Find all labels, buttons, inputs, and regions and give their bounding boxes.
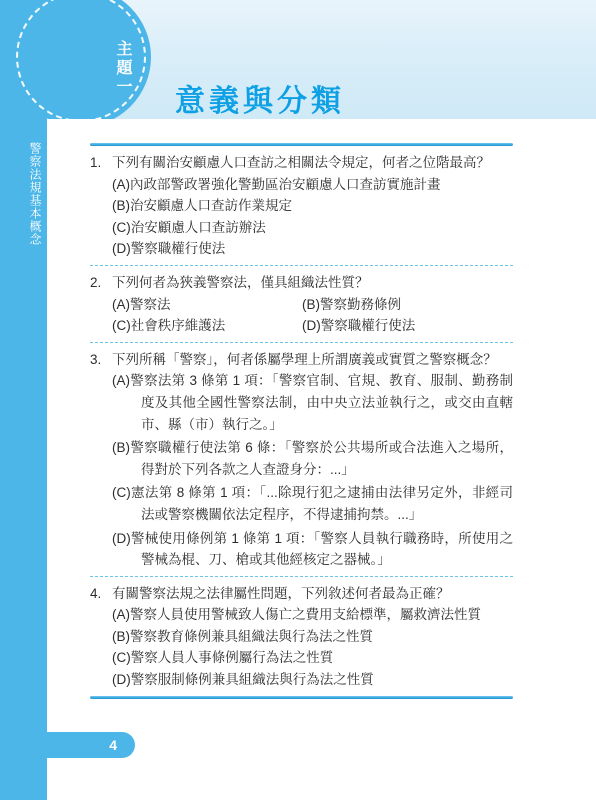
- book-page: 第一篇 警察法規基本概念 主題一 意義與分類 1. 下列有關治安顧慮人口查訪之相…: [0, 0, 596, 800]
- topic-badge-label: 主題一: [111, 40, 134, 97]
- question-4-option-b: (B)警察教育條例兼具組織法與行為法之性質: [112, 626, 513, 648]
- question-3-number: 3.: [90, 349, 112, 571]
- question-3-body: 下列所稱「警察」，何者係屬學理上所謂廣義或實質之警察概念？ (A)警察法第 3 …: [112, 349, 513, 571]
- chapter-subject-label: 警察法規基本概念: [27, 142, 44, 246]
- question-2: 2. 下列何者為狹義警察法，僅具組織法性質？ (A)警察法 (B)警察勤務條例 …: [90, 266, 513, 342]
- question-1-text: 下列有關治安顧慮人口查訪之相關法令規定，何者之位階最高？: [112, 152, 513, 174]
- question-4-option-c: (C)警察人員人事條例屬行為法之性質: [112, 647, 513, 669]
- page-title: 意義與分類: [175, 76, 345, 120]
- question-1-option-a: (A)內政部警政署強化警勤區治安顧慮人口查訪實施計畫: [112, 174, 513, 196]
- question-1: 1. 下列有關治安顧慮人口查訪之相關法令規定，何者之位階最高？ (A)內政部警政…: [90, 146, 513, 265]
- question-2-body: 下列何者為狹義警察法，僅具組織法性質？ (A)警察法 (B)警察勤務條例 (C)…: [112, 272, 513, 337]
- page-number: 4: [109, 737, 117, 753]
- question-4-number: 4.: [90, 583, 112, 691]
- question-list: 1. 下列有關治安顧慮人口查訪之相關法令規定，何者之位階最高？ (A)內政部警政…: [90, 143, 513, 699]
- question-2-number: 2.: [90, 272, 112, 337]
- question-1-body: 下列有關治安顧慮人口查訪之相關法令規定，何者之位階最高？ (A)內政部警政署強化…: [112, 152, 513, 260]
- question-1-option-b: (B)治安顧慮人口查訪作業規定: [112, 195, 513, 217]
- question-2-options: (A)警察法 (B)警察勤務條例 (C)社會秩序維護法 (D)警察職權行使法: [112, 294, 513, 337]
- page-number-tab: 4: [47, 732, 135, 758]
- question-4-body: 有關警察法規之法律屬性問題，下列敘述何者最為正確？ (A)警察人員使用警械致人傷…: [112, 583, 513, 691]
- question-4-text: 有關警察法規之法律屬性問題，下列敘述何者最為正確？: [112, 583, 513, 605]
- question-2-option-b: (B)警察勤務條例: [302, 294, 513, 316]
- question-3-option-b: (B)警察職權行使法第 6 條：「警察於公共場所或合法進入之場所，得對於下列各款…: [112, 437, 513, 480]
- question-2-option-c: (C)社會秩序維護法: [112, 315, 302, 337]
- question-2-option-a: (A)警察法: [112, 294, 302, 316]
- question-3-option-c: (C)憲法第 8 條第 1 項：「...除現行犯之逮捕由法律另定外，非經司法或警…: [112, 482, 513, 525]
- question-3-option-d: (D)警械使用條例第 1 條第 1 項：「警察人員執行職務時，所使用之警械為棍、…: [112, 528, 513, 571]
- question-3: 3. 下列所稱「警察」，何者係屬學理上所謂廣義或實質之警察概念？ (A)警察法第…: [90, 343, 513, 576]
- question-2-text: 下列何者為狹義警察法，僅具組織法性質？: [112, 272, 513, 294]
- question-4-option-a: (A)警察人員使用警械致人傷亡之費用支給標準，屬救濟法性質: [112, 604, 513, 626]
- question-2-option-d: (D)警察職權行使法: [302, 315, 513, 337]
- question-3-text: 下列所稱「警察」，何者係屬學理上所謂廣義或實質之警察概念？: [112, 349, 513, 371]
- question-1-option-d: (D)警察職權行使法: [112, 238, 513, 260]
- question-4: 4. 有關警察法規之法律屬性問題，下列敘述何者最為正確？ (A)警察人員使用警械…: [90, 577, 513, 696]
- question-4-option-d: (D)警察服制條例兼具組織法與行為法之性質: [112, 669, 513, 691]
- question-3-option-a: (A)警察法第 3 條第 1 項：「警察官制、官規、教育、服制、勤務制度及其他全…: [112, 370, 513, 435]
- question-1-number: 1.: [90, 152, 112, 260]
- bottom-rule: [90, 696, 513, 699]
- question-1-option-c: (C)治安顧慮人口查訪辦法: [112, 217, 513, 239]
- chapter-sidebar: 第一篇 警察法規基本概念: [0, 0, 47, 800]
